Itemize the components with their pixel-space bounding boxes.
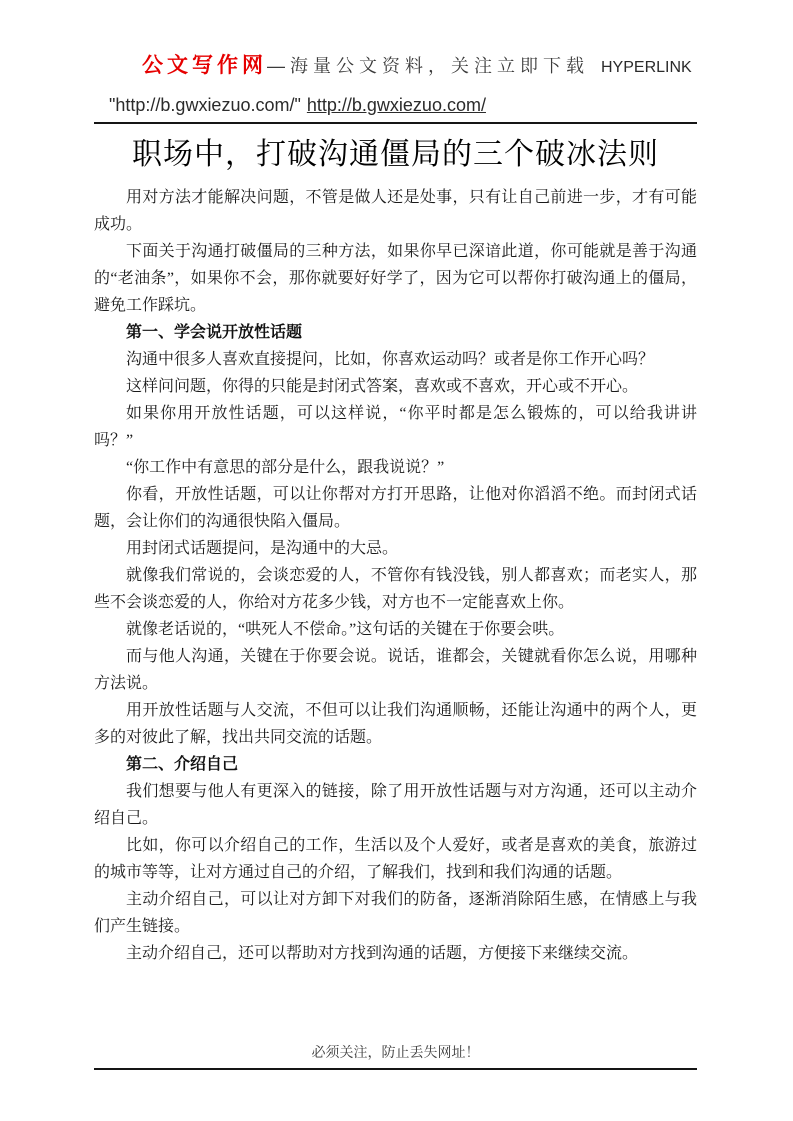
paragraph: 而与他人沟通，关键在于你要会说。说话，谁都会，关键就看你怎么说，用哪种方法说。	[94, 643, 697, 697]
site-tagline: —海量公文资料，关注立即下载	[267, 56, 589, 76]
header-divider	[94, 122, 697, 124]
paragraph: 我们想要与他人有更深入的链接，除了用开放性话题与对方沟通，还可以主动介绍自己。	[94, 778, 697, 832]
paragraph: 主动介绍自己，可以让对方卸下对我们的防备，逐渐消除陌生感，在情感上与我们产生链接…	[94, 886, 697, 940]
paragraph: “你工作中有意思的部分是什么，跟我说说？”	[94, 454, 697, 481]
paragraph: 主动介绍自己，还可以帮助对方找到沟通的话题，方便接下来继续交流。	[94, 940, 697, 967]
page-title: 职场中，打破沟通僵局的三个破冰法则	[94, 135, 697, 175]
site-name: 公文写作网	[142, 54, 267, 77]
article-body: 用对方法才能解决问题，不管是做人还是处事，只有让自己前进一步，才有可能成功。下面…	[94, 184, 697, 967]
paragraph: 比如，你可以介绍自己的工作，生活以及个人爱好，或者是喜欢的美食，旅游过的城市等等…	[94, 832, 697, 886]
page-content: 公文写作网—海量公文资料，关注立即下载HYPERLINK "http://b.g…	[94, 0, 697, 967]
paragraph: 就像我们常说的，会谈恋爱的人，不管你有钱没钱，别人都喜欢；而老实人，那些不会谈恋…	[94, 562, 697, 616]
site-url-line: "http://b.gwxiezuo.com/"http://b.gwxiezu…	[94, 93, 697, 117]
site-url-link[interactable]: http://b.gwxiezuo.com/	[307, 95, 486, 115]
site-header: 公文写作网—海量公文资料，关注立即下载HYPERLINK	[94, 50, 697, 84]
paragraph: 沟通中很多人喜欢直接提问，比如，你喜欢运动吗？或者是你工作开心吗？	[94, 346, 697, 373]
document-page: 公文写作网—海量公文资料，关注立即下载HYPERLINK "http://b.g…	[0, 0, 793, 1121]
footer-notice: 必须关注，防止丢失网址！	[94, 1042, 697, 1062]
paragraph: 用对方法才能解决问题，不管是做人还是处事，只有让自己前进一步，才有可能成功。	[94, 184, 697, 238]
section-heading: 第二、介绍自己	[94, 751, 697, 778]
paragraph: 下面关于沟通打破僵局的三种方法，如果你早已深谙此道，你可能就是善于沟通的“老油条…	[94, 238, 697, 319]
paragraph: 用开放性话题与人交流，不但可以让我们沟通顺畅，还能让沟通中的两个人，更多的对彼此…	[94, 697, 697, 751]
paragraph: 你看，开放性话题，可以让你帮对方打开思路，让他对你滔滔不绝。而封闭式话题，会让你…	[94, 481, 697, 535]
paragraph: 用封闭式话题提问，是沟通中的大忌。	[94, 535, 697, 562]
paragraph: 如果你用开放性话题，可以这样说，“你平时都是怎么锻炼的，可以给我讲讲吗？”	[94, 400, 697, 454]
hyperlink-field-label: HYPERLINK	[601, 59, 692, 76]
site-url-quoted: "http://b.gwxiezuo.com/"	[109, 95, 301, 115]
footer-divider	[94, 1068, 697, 1070]
section-heading: 第一、学会说开放性话题	[94, 319, 697, 346]
paragraph: 就像老话说的，“哄死人不偿命。”这句话的关键在于你要会哄。	[94, 616, 697, 643]
paragraph: 这样问问题，你得的只能是封闭式答案，喜欢或不喜欢，开心或不开心。	[94, 373, 697, 400]
